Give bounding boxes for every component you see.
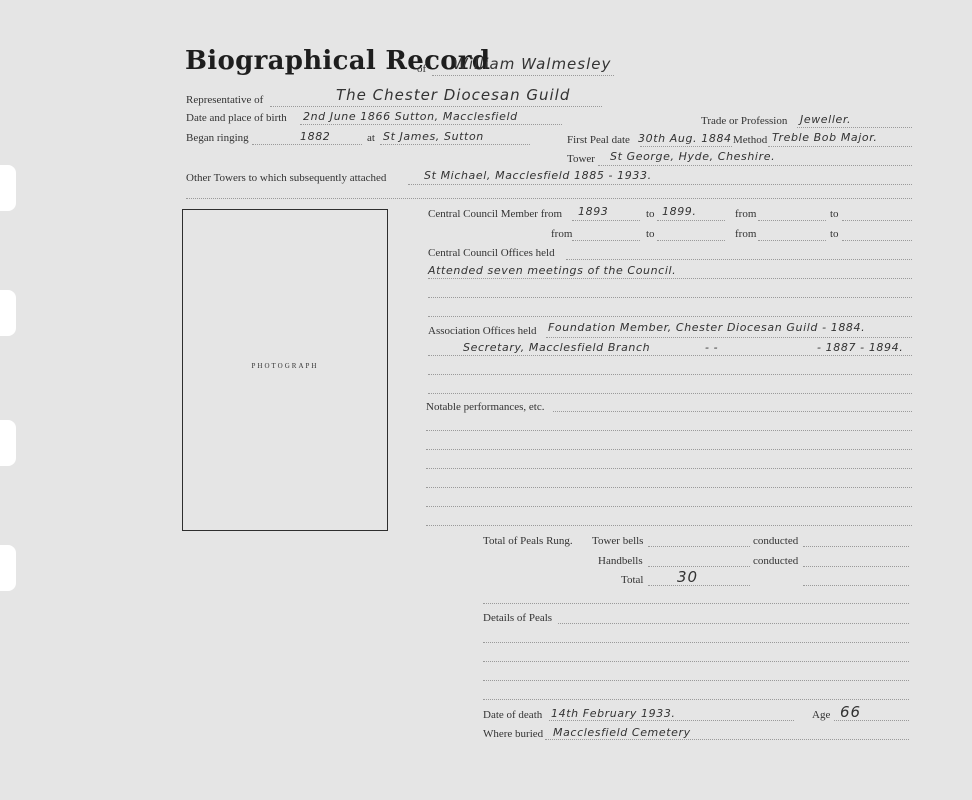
cc-to-3-rule bbox=[657, 240, 725, 241]
to-label: to bbox=[646, 228, 655, 240]
cc-from-4-rule bbox=[758, 240, 826, 241]
began-at-rule bbox=[380, 144, 530, 145]
notable-rule bbox=[426, 506, 912, 507]
cc-from-1-value[interactable]: 1893 bbox=[578, 205, 608, 218]
assoc-offices-value-1[interactable]: Foundation Member, Chester Diocesan Guil… bbox=[548, 321, 865, 334]
details-rule bbox=[483, 661, 909, 662]
total-label: Total bbox=[621, 574, 643, 586]
cc-from-1-rule bbox=[572, 220, 640, 221]
of-label: of bbox=[417, 63, 426, 75]
began-year-rule bbox=[252, 144, 362, 145]
name-rule bbox=[432, 75, 614, 76]
details-rule bbox=[483, 699, 909, 700]
punch-hole bbox=[0, 290, 16, 336]
age-value[interactable]: 66 bbox=[840, 703, 861, 721]
cc-to-1-value[interactable]: 1899. bbox=[662, 205, 697, 218]
cc-to-1-rule bbox=[657, 220, 725, 221]
death-label: Date of death bbox=[483, 709, 542, 721]
name-value[interactable]: William Walmesley bbox=[453, 55, 611, 73]
method-label: Method bbox=[733, 134, 767, 146]
details-rule bbox=[483, 642, 909, 643]
from-label: from bbox=[735, 208, 756, 220]
cc-offices-rule-2 bbox=[428, 278, 912, 279]
from-label: from bbox=[551, 228, 572, 240]
photograph-label: PHOTOGRAPH bbox=[183, 362, 387, 370]
total-rule bbox=[648, 585, 750, 586]
total-conducted-rule bbox=[803, 585, 909, 586]
cc-to-4-rule bbox=[842, 240, 912, 241]
conducted-label: conducted bbox=[753, 535, 798, 547]
notable-label: Notable performances, etc. bbox=[426, 401, 545, 413]
buried-rule bbox=[545, 739, 909, 740]
tower-conducted-rule bbox=[803, 546, 909, 547]
to-label: to bbox=[830, 228, 839, 240]
assoc-offices-rule-4 bbox=[428, 393, 912, 394]
first-peal-rule bbox=[640, 146, 732, 147]
cc-offices-label: Central Council Offices held bbox=[428, 247, 555, 259]
cc-to-2-rule bbox=[842, 220, 912, 221]
method-rule bbox=[768, 146, 912, 147]
assoc-offices-rule bbox=[546, 337, 912, 338]
handbells-rule bbox=[648, 566, 750, 567]
to-label: to bbox=[830, 208, 839, 220]
assoc-offices-label: Association Offices held bbox=[428, 325, 537, 337]
representative-value[interactable]: The Chester Diocesan Guild bbox=[336, 86, 570, 104]
representative-label: Representative of bbox=[186, 94, 263, 106]
notable-rule bbox=[426, 449, 912, 450]
buried-label: Where buried bbox=[483, 728, 543, 740]
total-peals-label: Total of Peals Rung. bbox=[483, 535, 573, 547]
cc-from-3-rule bbox=[572, 240, 640, 241]
began-at-value[interactable]: St James, Sutton bbox=[383, 130, 484, 143]
tower-value[interactable]: St George, Hyde, Cheshire. bbox=[610, 150, 775, 163]
tower-bells-label: Tower bells bbox=[592, 535, 643, 547]
to-label: to bbox=[646, 208, 655, 220]
representative-rule bbox=[270, 106, 602, 107]
peals-rule bbox=[483, 603, 909, 604]
death-rule bbox=[549, 720, 794, 721]
handbells-label: Handbells bbox=[598, 555, 643, 567]
notable-rule bbox=[553, 411, 912, 412]
cc-from-2-rule bbox=[758, 220, 826, 221]
notable-rule bbox=[426, 430, 912, 431]
handbells-conducted-rule bbox=[803, 566, 909, 567]
birth-value[interactable]: 2nd June 1866 Sutton, Macclesfield bbox=[303, 110, 518, 123]
cc-offices-rule-3 bbox=[428, 297, 912, 298]
buried-value[interactable]: Macclesfield Cemetery bbox=[553, 726, 691, 739]
assoc-offices-rule-2 bbox=[428, 355, 912, 356]
conducted-label: conducted bbox=[753, 555, 798, 567]
cc-offices-rule bbox=[566, 259, 912, 260]
details-rule bbox=[483, 680, 909, 681]
assoc-offices-years[interactable]: - 1887 - 1894. bbox=[817, 341, 903, 354]
from-label: from bbox=[735, 228, 756, 240]
birth-rule bbox=[300, 124, 562, 125]
blank-rule bbox=[186, 198, 912, 199]
other-towers-value[interactable]: St Michael, Macclesfield 1885 - 1933. bbox=[424, 169, 652, 182]
punch-hole bbox=[0, 420, 16, 466]
assoc-offices-rule-3 bbox=[428, 374, 912, 375]
tower-bells-rule bbox=[648, 546, 750, 547]
assoc-offices-value-2[interactable]: Secretary, Macclesfield Branch bbox=[463, 341, 650, 354]
punch-hole bbox=[0, 165, 16, 211]
cc-offices-value[interactable]: Attended seven meetings of the Council. bbox=[428, 264, 676, 277]
cc-offices-rule-4 bbox=[428, 316, 912, 317]
photograph-box: PHOTOGRAPH bbox=[182, 209, 388, 531]
age-label: Age bbox=[812, 709, 830, 721]
notable-rule bbox=[426, 487, 912, 488]
first-peal-label: First Peal date bbox=[567, 134, 630, 146]
notable-rule bbox=[426, 468, 912, 469]
details-rule bbox=[558, 623, 909, 624]
total-value[interactable]: 30 bbox=[677, 568, 698, 586]
punch-hole bbox=[0, 545, 16, 591]
tower-rule bbox=[598, 165, 912, 166]
other-towers-label: Other Towers to which subsequently attac… bbox=[186, 172, 386, 184]
birth-label: Date and place of birth bbox=[186, 112, 287, 124]
cc-member-label: Central Council Member from bbox=[428, 208, 562, 220]
details-label: Details of Peals bbox=[483, 612, 552, 624]
began-label: Began ringing bbox=[186, 132, 249, 144]
trade-label: Trade or Profession bbox=[701, 115, 787, 127]
at-label: at bbox=[367, 132, 375, 144]
first-peal-value[interactable]: 30th Aug. 1884 bbox=[638, 132, 732, 145]
form-title: Biographical Record bbox=[185, 46, 490, 76]
trade-rule bbox=[797, 127, 912, 128]
notable-rule bbox=[426, 525, 912, 526]
death-value[interactable]: 14th February 1933. bbox=[551, 707, 676, 720]
method-value[interactable]: Treble Bob Major. bbox=[772, 131, 877, 144]
tower-label: Tower bbox=[567, 153, 595, 165]
began-year-value[interactable]: 1882 bbox=[300, 130, 330, 143]
trade-value[interactable]: Jeweller. bbox=[800, 113, 851, 126]
other-towers-rule bbox=[408, 184, 912, 185]
assoc-offices-dashes: - - bbox=[705, 341, 718, 354]
